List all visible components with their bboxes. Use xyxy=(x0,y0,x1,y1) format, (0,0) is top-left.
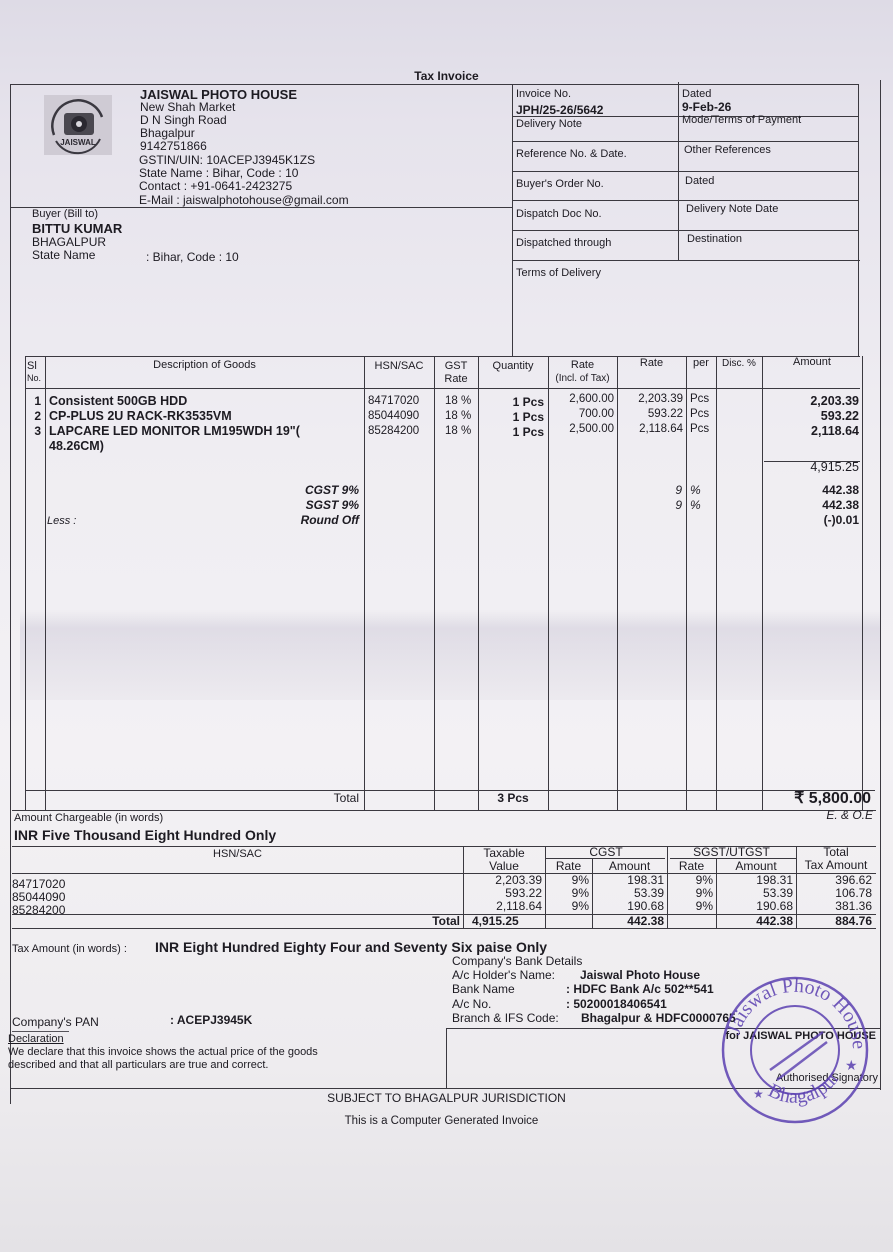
divider xyxy=(10,84,11,1104)
summary-total-taxable: 4,915.25 xyxy=(472,915,519,928)
summary-total-sgst: 442.38 xyxy=(716,915,793,928)
col-header-rate: Rate xyxy=(617,357,686,370)
divider xyxy=(25,388,860,389)
other-references-label: Other References xyxy=(684,144,771,157)
item-per: Pcs xyxy=(690,393,709,406)
svg-text:JAISWAL: JAISWAL xyxy=(60,138,96,147)
col-header-gst: GST xyxy=(434,360,478,373)
divider xyxy=(858,84,859,356)
summary-header-sgst-rate: Rate xyxy=(667,860,716,873)
item-description-continued: 48.26CM) xyxy=(49,440,104,453)
divider xyxy=(512,171,858,172)
tax-words-value: INR Eight Hundred Eighty Four and Sevent… xyxy=(155,940,547,955)
divider xyxy=(12,810,876,811)
summary-header-hsn: HSN/SAC xyxy=(12,848,463,861)
divider xyxy=(12,928,876,929)
reference-label: Reference No. & Date. xyxy=(516,148,627,161)
item-description: Consistent 500GB HDD xyxy=(49,395,187,408)
total-quantity: 3 Pcs xyxy=(478,792,548,805)
bank-holder-value: Jaiswal Photo House xyxy=(580,969,700,982)
seller-phone: 9142751866 xyxy=(140,140,207,153)
divider xyxy=(446,1028,447,1088)
divider xyxy=(478,356,479,810)
summary-total-tax: 381.36 xyxy=(796,900,872,913)
invoice-date: 9-Feb-26 xyxy=(682,101,731,114)
summary-sgst-rate: 9% xyxy=(667,900,713,913)
dispatch-doc-label: Dispatch Doc No. xyxy=(516,208,602,221)
cgst-unit: % xyxy=(690,484,701,497)
divider xyxy=(880,80,881,1090)
item-quantity: 1 Pcs xyxy=(478,396,544,409)
item-rate: 2,118.64 xyxy=(617,423,683,436)
buyer-name: BITTU KUMAR xyxy=(32,222,122,235)
divider xyxy=(512,141,858,142)
seller-contact: Contact : +91-0641-2423275 xyxy=(139,180,292,193)
invoice-no-label: Invoice No. xyxy=(516,88,571,101)
item-quantity: 1 Pcs xyxy=(478,426,544,439)
sgst-amount: 442.38 xyxy=(762,499,859,512)
terms-of-delivery-label: Terms of Delivery xyxy=(516,267,601,280)
delivery-note-label: Delivery Note xyxy=(516,118,582,131)
divider xyxy=(512,84,513,356)
divider xyxy=(434,356,435,810)
item-per: Pcs xyxy=(690,423,709,436)
declaration-label: Declaration xyxy=(8,1033,64,1046)
col-header-amount: Amount xyxy=(762,356,862,369)
divider xyxy=(512,230,859,231)
seller-email: E-Mail : jaiswalphotohouse@gmail.com xyxy=(139,194,349,207)
svg-text:Jaiswal Photo House: Jaiswal Photo House xyxy=(723,975,871,1050)
order-dated-label: Dated xyxy=(685,175,714,188)
item-sl: 1 xyxy=(27,395,41,408)
item-hsn: 85284200 xyxy=(368,425,419,438)
item-description: CP-PLUS 2U RACK-RK3535VM xyxy=(49,410,232,423)
item-amount: 593.22 xyxy=(762,410,859,423)
computer-generated-note: This is a Computer Generated Invoice xyxy=(0,1115,883,1128)
item-rate: 2,203.39 xyxy=(617,393,683,406)
svg-text:★: ★ xyxy=(845,1057,858,1073)
declaration-line-1: We declare that this invoice shows the a… xyxy=(8,1046,318,1059)
sgst-rate: 9 xyxy=(617,499,682,512)
bank-name-label: Bank Name xyxy=(452,983,515,996)
summary-total-cgst: 442.38 xyxy=(592,915,664,928)
amount-words-label: Amount Chargeable (in words) xyxy=(14,812,163,825)
invoice-no: JPH/25-26/5642 xyxy=(516,104,603,117)
divider xyxy=(45,356,46,810)
buyer-state-value: : Bihar, Code : 10 xyxy=(146,251,239,264)
divider xyxy=(364,356,365,810)
item-per: Pcs xyxy=(690,408,709,421)
summary-header-sgst: SGST/UTGST xyxy=(667,846,796,859)
summary-hsn: 85284200 xyxy=(12,904,65,917)
pan-label: Company's PAN xyxy=(12,1016,99,1029)
item-amount: 2,118.64 xyxy=(762,425,859,438)
bank-branch-value: Bhagalpur & HDFC0000765 xyxy=(581,1012,736,1025)
item-gst-rate: 18 % xyxy=(445,395,471,408)
cgst-amount: 442.38 xyxy=(762,484,859,497)
divider xyxy=(10,84,515,85)
item-description: LAPCARE LED MONITOR LM195WDH 19"( xyxy=(49,425,300,438)
dispatched-through-label: Dispatched through xyxy=(516,237,611,250)
divider xyxy=(686,356,687,810)
divider xyxy=(862,356,863,810)
buyer-label: Buyer (Bill to) xyxy=(32,208,98,221)
col-header-disc: Disc. % xyxy=(716,357,762,370)
buyer-state-label: State Name xyxy=(32,249,95,262)
delivery-note-date-label: Delivery Note Date xyxy=(686,203,778,216)
bank-branch-label: Branch & IFS Code: xyxy=(452,1012,559,1025)
sgst-unit: % xyxy=(690,499,701,512)
eoe-note: E. & O.E xyxy=(780,809,873,822)
amount-words-value: INR Five Thousand Eight Hundred Only xyxy=(14,828,276,843)
summary-sgst-amount: 190.68 xyxy=(716,900,793,913)
camera-logo-icon: JAISWAL xyxy=(44,95,112,155)
summary-header-cgst-rate: Rate xyxy=(545,860,592,873)
bank-holder-label: A/c Holder's Name: xyxy=(452,969,555,982)
item-hsn: 85044090 xyxy=(368,410,419,423)
company-stamp-icon: Jaiswal Photo House Bhagalpur ★ ★ xyxy=(715,970,875,1130)
document-title: Tax Invoice xyxy=(0,70,893,83)
item-sl: 3 xyxy=(27,425,41,438)
item-gst-rate: 18 % xyxy=(445,410,471,423)
declaration-underline xyxy=(12,1031,69,1032)
paper-fold-shadow xyxy=(20,610,880,700)
tax-invoice-page: Tax Invoice JAISWAL JAISWAL PHOTO HOUSE … xyxy=(0,0,893,1252)
item-sl: 2 xyxy=(27,410,41,423)
item-rate-incl: 700.00 xyxy=(548,408,614,421)
col-header-per: per xyxy=(686,357,716,370)
buyers-order-label: Buyer's Order No. xyxy=(516,178,604,191)
divider xyxy=(512,84,858,85)
total-label: Total xyxy=(45,792,359,805)
summary-total-tax: 884.76 xyxy=(796,915,872,928)
col-header-quantity: Quantity xyxy=(478,360,548,373)
subtotal-amount: 4,915.25 xyxy=(762,461,859,474)
item-hsn: 84717020 xyxy=(368,395,419,408)
col-header-hsn: HSN/SAC xyxy=(364,360,434,373)
round-off-amount: (-)0.01 xyxy=(762,514,859,527)
summary-taxable: 2,118.64 xyxy=(463,900,542,913)
summary-cgst-rate: 9% xyxy=(545,900,589,913)
summary-header-cgst-amount: Amount xyxy=(592,860,667,873)
item-rate-incl: 2,500.00 xyxy=(548,423,614,436)
summary-total-label: Total xyxy=(300,915,460,928)
summary-header-sgst-amount: Amount xyxy=(716,860,796,873)
pan-value: : ACEPJ3945K xyxy=(170,1014,252,1027)
cgst-label: CGST 9% xyxy=(45,484,359,497)
sgst-label: SGST 9% xyxy=(45,499,359,512)
divider xyxy=(512,260,860,261)
item-rate: 593.22 xyxy=(617,408,683,421)
bank-acno-label: A/c No. xyxy=(452,998,491,1011)
round-off-label: Round Off xyxy=(45,514,359,527)
divider xyxy=(716,356,717,810)
divider xyxy=(25,790,875,791)
total-amount: ₹ 5,800.00 xyxy=(762,790,871,807)
item-quantity: 1 Pcs xyxy=(478,411,544,424)
summary-header-taxable-value: Value xyxy=(463,860,545,873)
bank-heading: Company's Bank Details xyxy=(452,955,582,968)
jurisdiction-note: SUBJECT TO BHAGALPUR JURISDICTION xyxy=(0,1092,893,1105)
bank-acno-value: : 50200018406541 xyxy=(566,998,667,1011)
item-gst-rate: 18 % xyxy=(445,425,471,438)
summary-header-cgst: CGST xyxy=(545,846,667,859)
col-header-description: Description of Goods xyxy=(45,359,364,372)
summary-header-total-tax: Tax Amount xyxy=(796,859,876,872)
item-rate-incl: 2,600.00 xyxy=(548,393,614,406)
col-header-rate-incl: Rate xyxy=(548,359,617,372)
col-header-sl-no: No. xyxy=(27,372,41,385)
col-header-gst-rate: Rate xyxy=(434,373,478,386)
divider xyxy=(512,200,859,201)
divider xyxy=(25,356,26,810)
item-amount: 2,203.39 xyxy=(762,395,859,408)
mode-terms-label: Mode/Terms of Payment xyxy=(682,114,801,127)
declaration-line-2: described and that all particulars are t… xyxy=(8,1059,268,1072)
destination-label: Destination xyxy=(687,233,742,246)
tax-words-label: Tax Amount (in words) : xyxy=(12,943,127,956)
summary-cgst-amount: 190.68 xyxy=(592,900,664,913)
bank-name-value: : HDFC Bank A/c 502**541 xyxy=(566,983,714,996)
cgst-rate: 9 xyxy=(617,484,682,497)
col-header-rate-incl-tax: (Incl. of Tax) xyxy=(548,372,617,385)
